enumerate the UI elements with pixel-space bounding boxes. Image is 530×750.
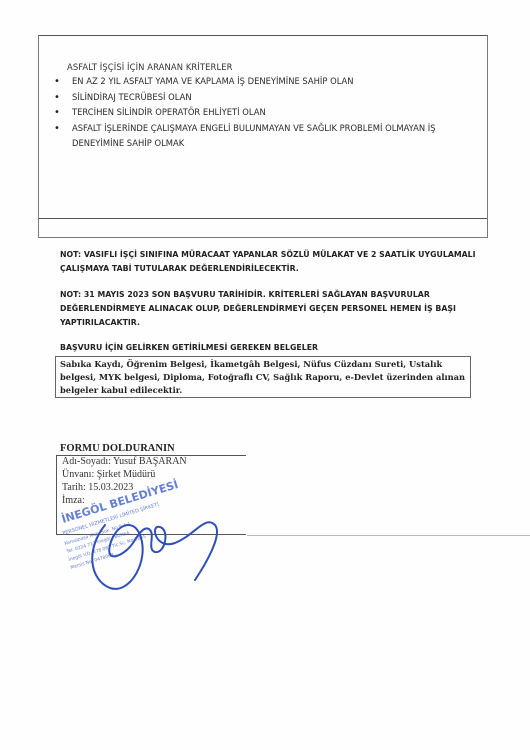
criteria-item: ASFALT İŞLERİNDE ÇALIŞMAYA ENGELİ BULUNM… [54,121,444,152]
criteria-title: ASFALT İŞÇİSİ İÇİN ARANAN KRİTERLER [67,62,233,72]
criteria-divider [39,218,487,219]
criteria-item: TERCİHEN SİLİNDİR OPERATÖR EHLİYETİ OLAN [54,105,444,121]
form-name: Adı-Soyadı: Yusuf BAŞARAN [62,456,187,467]
criteria-list: EN AZ 2 YIL ASFALT YAMA VE KAPLAMA İŞ DE… [54,74,444,152]
note-deadline: NOT: 31 MAYIS 2023 SON BAŞVURU TARİHİDİR… [60,288,500,330]
documents-heading: BAŞVURU İÇİN GELİRKEN GETİRİLMESİ GEREKE… [60,343,318,352]
form-signature-label: İmza: [62,495,85,506]
document-page: ASFALT İŞÇİSİ İÇİN ARANAN KRİTERLER EN A… [0,0,530,750]
svg-text:Mersis No: 0478063...: Mersis No: 0478063... [70,551,119,571]
criteria-item: SİLİNDİRAJ TECRÜBESİ OLAN [54,90,444,106]
note-interview: NOT: VASIFLI İŞÇİ SINIFINA MÜRACAAT YAPA… [60,248,500,276]
form-heading: FORMU DOLDURANIN [60,443,175,454]
form-date: Tarih: 15.03.2023 [62,482,133,493]
svg-text:İnegöl V.D. 478 087 Tic.Sc. No: İnegöl V.D. 478 087 Tic.Sc. No:1835 [68,533,147,563]
criteria-item: EN AZ 2 YIL ASFALT YAMA VE KAPLAMA İŞ DE… [54,74,444,90]
documents-box: Sabıka Kaydı, Öğrenim Belgesi, İkametgâh… [55,356,471,398]
form-title: Ünvanı: Şirket Müdürü [62,469,155,480]
